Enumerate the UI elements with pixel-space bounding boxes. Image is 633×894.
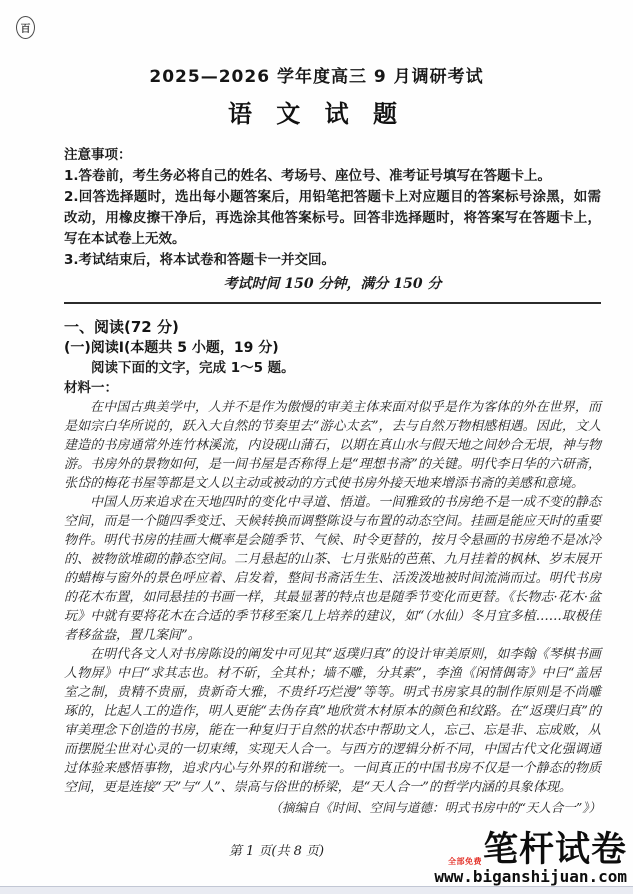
- divider-line: [64, 302, 601, 304]
- exam-time-note: 考试时间 150 分钟，满分 150 分: [64, 274, 601, 295]
- reading-instruction: 阅读下面的文字，完成 1～5 题。: [64, 358, 601, 378]
- exam-paper-page: 百 2025—2026 学年度高三 9 月调研考试 语 文 试 题 注意事项： …: [0, 0, 633, 894]
- material-paragraph-2: 中国人历来追求在天地四时的变化中寻道、悟道。一间雅致的书房绝不是一成不变的静态空…: [64, 493, 601, 645]
- material-one-label: 材料一：: [64, 378, 601, 398]
- notice-heading: 注意事项：: [64, 145, 601, 166]
- watermark-free-tag: 全部免费: [448, 858, 482, 866]
- page-content: 注意事项： 1.答卷前，考生务必将自己的姓名、考场号、座位号、准考证号填写在答题…: [64, 145, 601, 817]
- source-attribution: （摘编自《时间、空间与道德：明式书房中的“天人合一”》）: [64, 798, 601, 817]
- subsection-heading-reading-1: (一)阅读Ⅰ(本题共 5 小题，19 分): [64, 338, 601, 358]
- watermark: 全部免费 笔杆试卷 www.biganshijuan.com: [434, 833, 627, 885]
- notice-item-1: 1.答卷前，考生务必将自己的姓名、考场号、座位号、准考证号填写在答题卡上。: [64, 166, 601, 187]
- exam-title: 2025—2026 学年度高三 9 月调研考试: [0, 0, 633, 87]
- circle-stamp-icon: 百: [16, 16, 35, 39]
- scan-edge-strip: [0, 886, 633, 894]
- material-paragraph-3: 在明代各文人对书房陈设的阐发中可见其“返璞归真”的设计审美原则，如李翰《琴棋书画…: [64, 645, 601, 797]
- subject-title: 语 文 试 题: [0, 94, 633, 129]
- notice-item-2: 2.回答选择题时，选出每小题答案后，用铅笔把答题卡上对应题目的答案标号涂黑，如需…: [64, 187, 601, 250]
- watermark-brand: 笔杆试卷: [483, 833, 627, 868]
- watermark-url: www.biganshijuan.com: [434, 869, 627, 885]
- material-paragraph-1: 在中国古典美学中，人并不是作为傲慢的审美主体来面对似乎是作为客体的外在世界，而是…: [64, 398, 601, 493]
- watermark-row: 全部免费 笔杆试卷: [434, 833, 627, 868]
- section-heading-reading: 一、阅读(72 分): [64, 317, 601, 338]
- notice-item-3: 3.考试结束后，将本试卷和答题卡一并交回。: [64, 250, 601, 271]
